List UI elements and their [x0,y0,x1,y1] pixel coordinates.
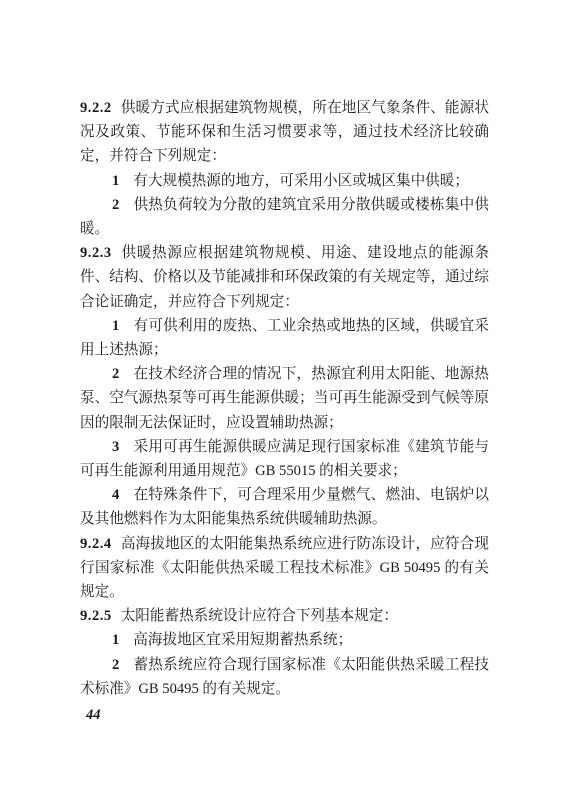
item-text: 供热负荷较为分散的建筑宜采用分散供暖或楼栋集中供暖。 [80,197,489,237]
clause-9-2-3-item-2: 2在技术经济合理的情况下，热源宜利用太阳能、地源热泵、空气源热泵等可再生能源供暖… [80,362,489,435]
clause-number: 9.2.2 [80,100,112,116]
item-text: 采用可再生能源供暖应满足现行国家标准《建筑节能与可再生能源利用通用规范》GB 5… [80,439,489,479]
item-number: 2 [112,366,119,382]
clause-number: 9.2.4 [80,536,112,552]
clause-9-2-3-item-1: 1有可供利用的废热、工业余热或地热的区域，供暖宜采用上述热源； [80,314,489,362]
item-text: 蓄热系统应符合现行国家标准《太阳能供热采暖工程技术标准》GB 50495 的有关… [80,657,489,697]
clause-9-2-5-item-1: 1高海拔地区宜采用短期蓄热系统； [80,628,489,652]
item-number: 3 [112,439,119,455]
clause-text: 供暖方式应根据建筑物规模，所在地区气象条件、能源状况及政策、节能环保和生活习惯要… [80,100,489,164]
clause-text: 供暖热源应根据建筑物规模、用途、建设地点的能源条件、结构、价格以及节能减排和环保… [80,245,489,309]
clause-text: 高海拔地区的太阳能集热系统应进行防冻设计，应符合现行国家标准《太阳能供热采暖工程… [80,536,489,600]
clause-9-2-2: 9.2.2供暖方式应根据建筑物规模，所在地区气象条件、能源状况及政策、节能环保和… [80,96,489,169]
document-page: 9.2.2供暖方式应根据建筑物规模，所在地区气象条件、能源状况及政策、节能环保和… [0,0,561,804]
item-number: 1 [112,318,119,334]
item-number: 2 [112,197,119,213]
clause-9-2-5-item-2: 2蓄热系统应符合现行国家标准《太阳能供热采暖工程技术标准》GB 50495 的有… [80,653,489,701]
item-text: 在特殊条件下，可合理采用少量燃气、燃油、电锅炉以及其他燃料作为太阳能集热系统供暖… [80,487,489,527]
clause-number: 9.2.5 [80,608,112,624]
clause-9-2-3-item-4: 4在特殊条件下，可合理采用少量燃气、燃油、电锅炉以及其他燃料作为太阳能集热系统供… [80,483,489,531]
clause-text: 太阳能蓄热系统设计应符合下列基本规定： [121,608,398,624]
clause-number: 9.2.3 [80,245,112,261]
clause-9-2-4: 9.2.4高海拔地区的太阳能集热系统应进行防冻设计，应符合现行国家标准《太阳能供… [80,532,489,605]
clause-9-2-2-item-2: 2供热负荷较为分散的建筑宜采用分散供暖或楼栋集中供暖。 [80,193,489,241]
clause-9-2-2-item-1: 1有大规模热源的地方，可采用小区或城区集中供暖； [80,169,489,193]
page-number: 44 [86,705,489,725]
item-number: 1 [112,173,119,189]
clause-9-2-3: 9.2.3供暖热源应根据建筑物规模、用途、建设地点的能源条件、结构、价格以及节能… [80,241,489,314]
item-number: 4 [112,487,119,503]
item-text: 高海拔地区宜采用短期蓄热系统； [133,632,352,648]
clause-9-2-5: 9.2.5太阳能蓄热系统设计应符合下列基本规定： [80,604,489,628]
item-number: 1 [112,632,119,648]
text-block: 9.2.2供暖方式应根据建筑物规模，所在地区气象条件、能源状况及政策、节能环保和… [80,96,489,725]
item-text: 有可供利用的废热、工业余热或地热的区域，供暖宜采用上述热源； [80,318,489,358]
item-number: 2 [112,657,119,673]
item-text: 有大规模热源的地方，可采用小区或城区集中供暖； [133,173,469,189]
item-text: 在技术经济合理的情况下，热源宜利用太阳能、地源热泵、空气源热泵等可再生能源供暖；… [80,366,489,430]
clause-9-2-3-item-3: 3采用可再生能源供暖应满足现行国家标准《建筑节能与可再生能源利用通用规范》GB … [80,435,489,483]
